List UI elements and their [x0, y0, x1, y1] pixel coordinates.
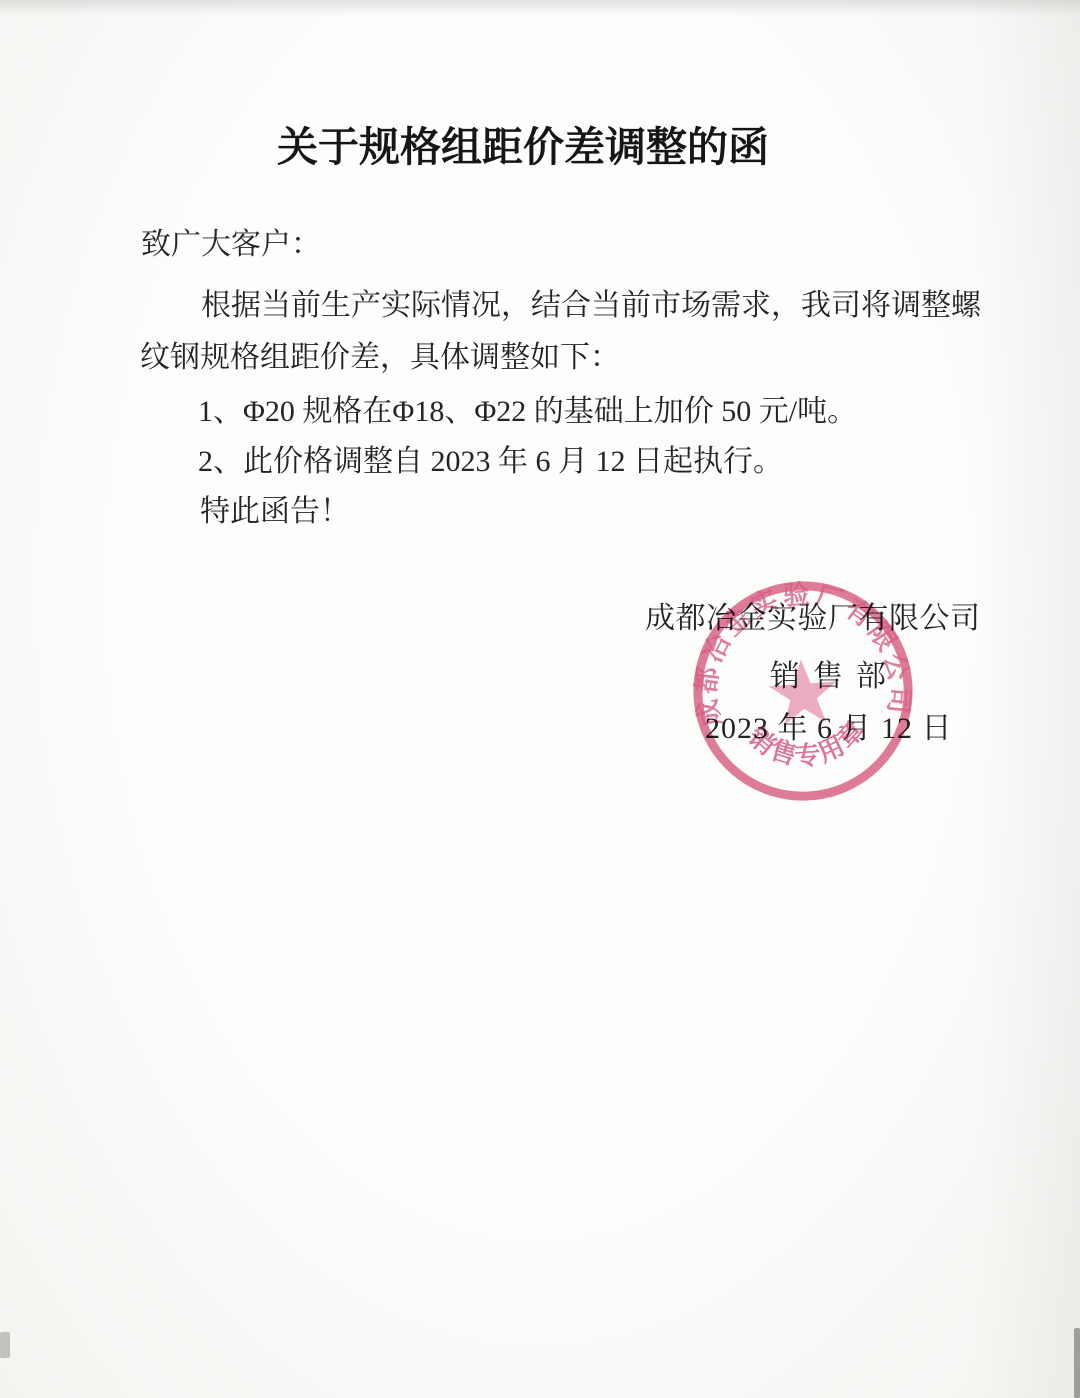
list-item-2: 2、此价格调整自 2023 年 6 月 12 日起执行。 — [198, 445, 783, 480]
signature-company-name: 成都冶金实验厂有限公司 — [645, 602, 981, 637]
signature-department: 销售部 — [770, 660, 899, 695]
photo-artifact-bottom-left — [0, 1332, 10, 1358]
closing-line: 特此函告！ — [200, 495, 350, 530]
photo-artifact-bottom-right — [1074, 1328, 1080, 1398]
paragraph-line-1: 根据当前生产实际情况，结合当前市场需求，我司将调整螺 — [201, 289, 981, 324]
salutation-line: 致广大客户： — [141, 228, 321, 263]
paragraph-line-2: 纹钢规格组距价差，具体调整如下： — [140, 341, 620, 376]
letter-page: 关于规格组距价差调整的函 致广大客户： 根据当前生产实际情况，结合当前市场需求，… — [0, 0, 1080, 1398]
stamp-ring-text: 成都冶金实验厂有限公司 — [683, 571, 916, 730]
document-title: 关于规格组距价差调整的函 — [0, 114, 1046, 173]
list-item-1: 1、Φ20 规格在Φ18、Φ22 的基础上加价 50 元/吨。 — [198, 395, 857, 430]
signature-date: 2023 年 6 月 12 日 — [705, 712, 953, 747]
